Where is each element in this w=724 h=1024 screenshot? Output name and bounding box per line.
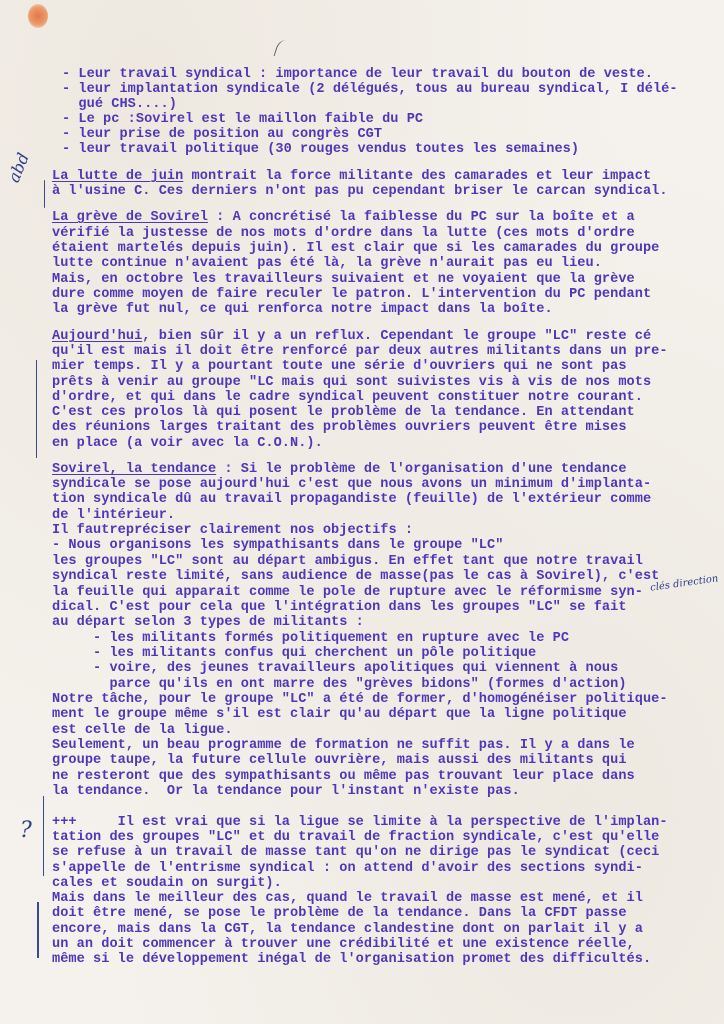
text-line: mier temps. Il y a pourtant toute une sé… (52, 359, 627, 374)
text-line: s'appelle de l'entrisme syndical : on at… (52, 861, 643, 876)
text-line: d'ordre, et qui dans le cadre syndical p… (52, 390, 643, 405)
typed-document-page: - Leur travail syndical : importance de … (0, 0, 724, 1024)
section-heading: La grève de Sovirel (52, 210, 208, 225)
text-line: groupe taupe, la future cellule ouvrière… (52, 753, 627, 768)
section-heading: Sovirel, la tendance (52, 462, 216, 477)
text-line: étaient martelés depuis juin). Il est cl… (52, 241, 659, 256)
text-line: syndical reste limité, sans audience de … (52, 569, 659, 584)
text-line: de l'intérieur. (52, 508, 175, 523)
text-line: prêts à venir au groupe "LC mais qui son… (52, 375, 651, 390)
text-line: cales et soudain on surgit). (52, 876, 282, 891)
text-line: dure comme moyen de faire reculer le pat… (52, 287, 651, 302)
text-line: C'est ces prolos là qui posent le problè… (52, 405, 635, 420)
text-line: les groupes "LC" sont au départ ambigus.… (52, 554, 643, 569)
text-line: Notre tâche, pour le groupe "LC" a été d… (52, 692, 668, 707)
text-line: vérifié la justesse de nos mots d'ordre … (52, 226, 635, 241)
text-line: tion syndicale dû au travail propagandis… (52, 492, 651, 507)
text-line: qu'il est mais il doit être renforcé par… (52, 344, 668, 359)
text-line: - leur prise de position au congrès CGT (62, 127, 382, 142)
text-line: Mais dans le meilleur des cas, quand le … (52, 891, 643, 906)
text-line: La grève de Sovirel : A concrétisé la fa… (52, 210, 635, 225)
margin-bracket-3 (43, 796, 44, 876)
orange-stain (28, 4, 48, 28)
text-line: La lutte de juin montrait la force milit… (52, 169, 651, 184)
text-line: même si le développement inégal de l'org… (52, 952, 651, 967)
text-line: gué CHS....) (62, 97, 177, 112)
section-heading: La lutte de juin (52, 169, 183, 184)
text-line: syndicale se pose aujourd'hui c'est que … (52, 477, 651, 492)
text-line: la feuille qui apparait comme le pole de… (52, 585, 643, 600)
margin-bracket-1 (44, 180, 45, 208)
text-line: - Leur travail syndical : importance de … (62, 67, 653, 82)
text-line: est celle de la ligue. (52, 723, 233, 738)
text-line: ment le groupe même s'il est clair qu'au… (52, 707, 627, 722)
pencil-mark (273, 39, 289, 60)
section-heading: Aujourd'hui (52, 329, 142, 344)
text-line: à l'usine C. Ces derniers n'ont pas pu c… (52, 184, 668, 199)
text-line: Mais, en octobre les travailleurs suivai… (52, 272, 635, 287)
text-line: - les militants formés politiquement en … (52, 631, 569, 646)
text-line: Seulement, un beau programme de formatio… (52, 738, 635, 753)
margin-note-question: ? (20, 818, 32, 843)
margin-bracket-2 (36, 360, 37, 458)
margin-note-abd: abd (4, 150, 33, 185)
text-line: en place (a voir avec la C.O.N.). (52, 436, 323, 451)
margin-note-direction: clés direction (650, 573, 719, 593)
text-line: se refuse à un travail de masse tant qu'… (52, 845, 659, 860)
text-line: lutte continue n'avaient pas été là, la … (52, 256, 602, 271)
text-line: au départ selon 3 types de militants : (52, 615, 364, 630)
text-line: - leur travail politique (30 rouges vend… (62, 142, 579, 157)
text-line: dical. C'est pour cela que l'intégration… (52, 600, 627, 615)
text-line: - leur implantation syndicale (2 délégué… (62, 82, 678, 97)
text-line: - Le pc :Sovirel est le maillon faible d… (62, 112, 423, 127)
text-line: la tendance. Or la tendance pour l'insta… (52, 784, 520, 799)
text-line: ne resteront que des sympathisants ou mê… (52, 769, 635, 784)
text-line: - Nous organisons les sympathisants dans… (52, 538, 503, 553)
text-line: Aujourd'hui, bien sûr il y a un reflux. … (52, 329, 651, 344)
text-line: - voire, des jeunes travailleurs apoliti… (52, 661, 618, 676)
text-line: Sovirel, la tendance : Si le problème de… (52, 462, 627, 477)
text-line: la grève fut nul, ce qui renforca notre … (52, 302, 553, 317)
text-line: Il fautrepréciser clairement nos objecti… (52, 523, 413, 538)
text-line: encore, mais dans la CGT, la tendance cl… (52, 922, 643, 937)
text-line: - les militants confus qui cherchent un … (52, 646, 536, 661)
text-line: un an doit commencer à trouver une crédi… (52, 937, 635, 952)
text-line: tation des groupes "LC" et du travail de… (52, 830, 659, 845)
margin-bracket-4 (37, 902, 39, 958)
text-line: des réunions larges traitant des problèm… (52, 420, 627, 435)
text-line: +++ Il est vrai que si la ligue se limit… (52, 815, 668, 830)
text-line: parce qu'ils en ont marre des "grèves bi… (52, 677, 627, 692)
text-line: doit être mené, se pose le problème de l… (52, 906, 627, 921)
